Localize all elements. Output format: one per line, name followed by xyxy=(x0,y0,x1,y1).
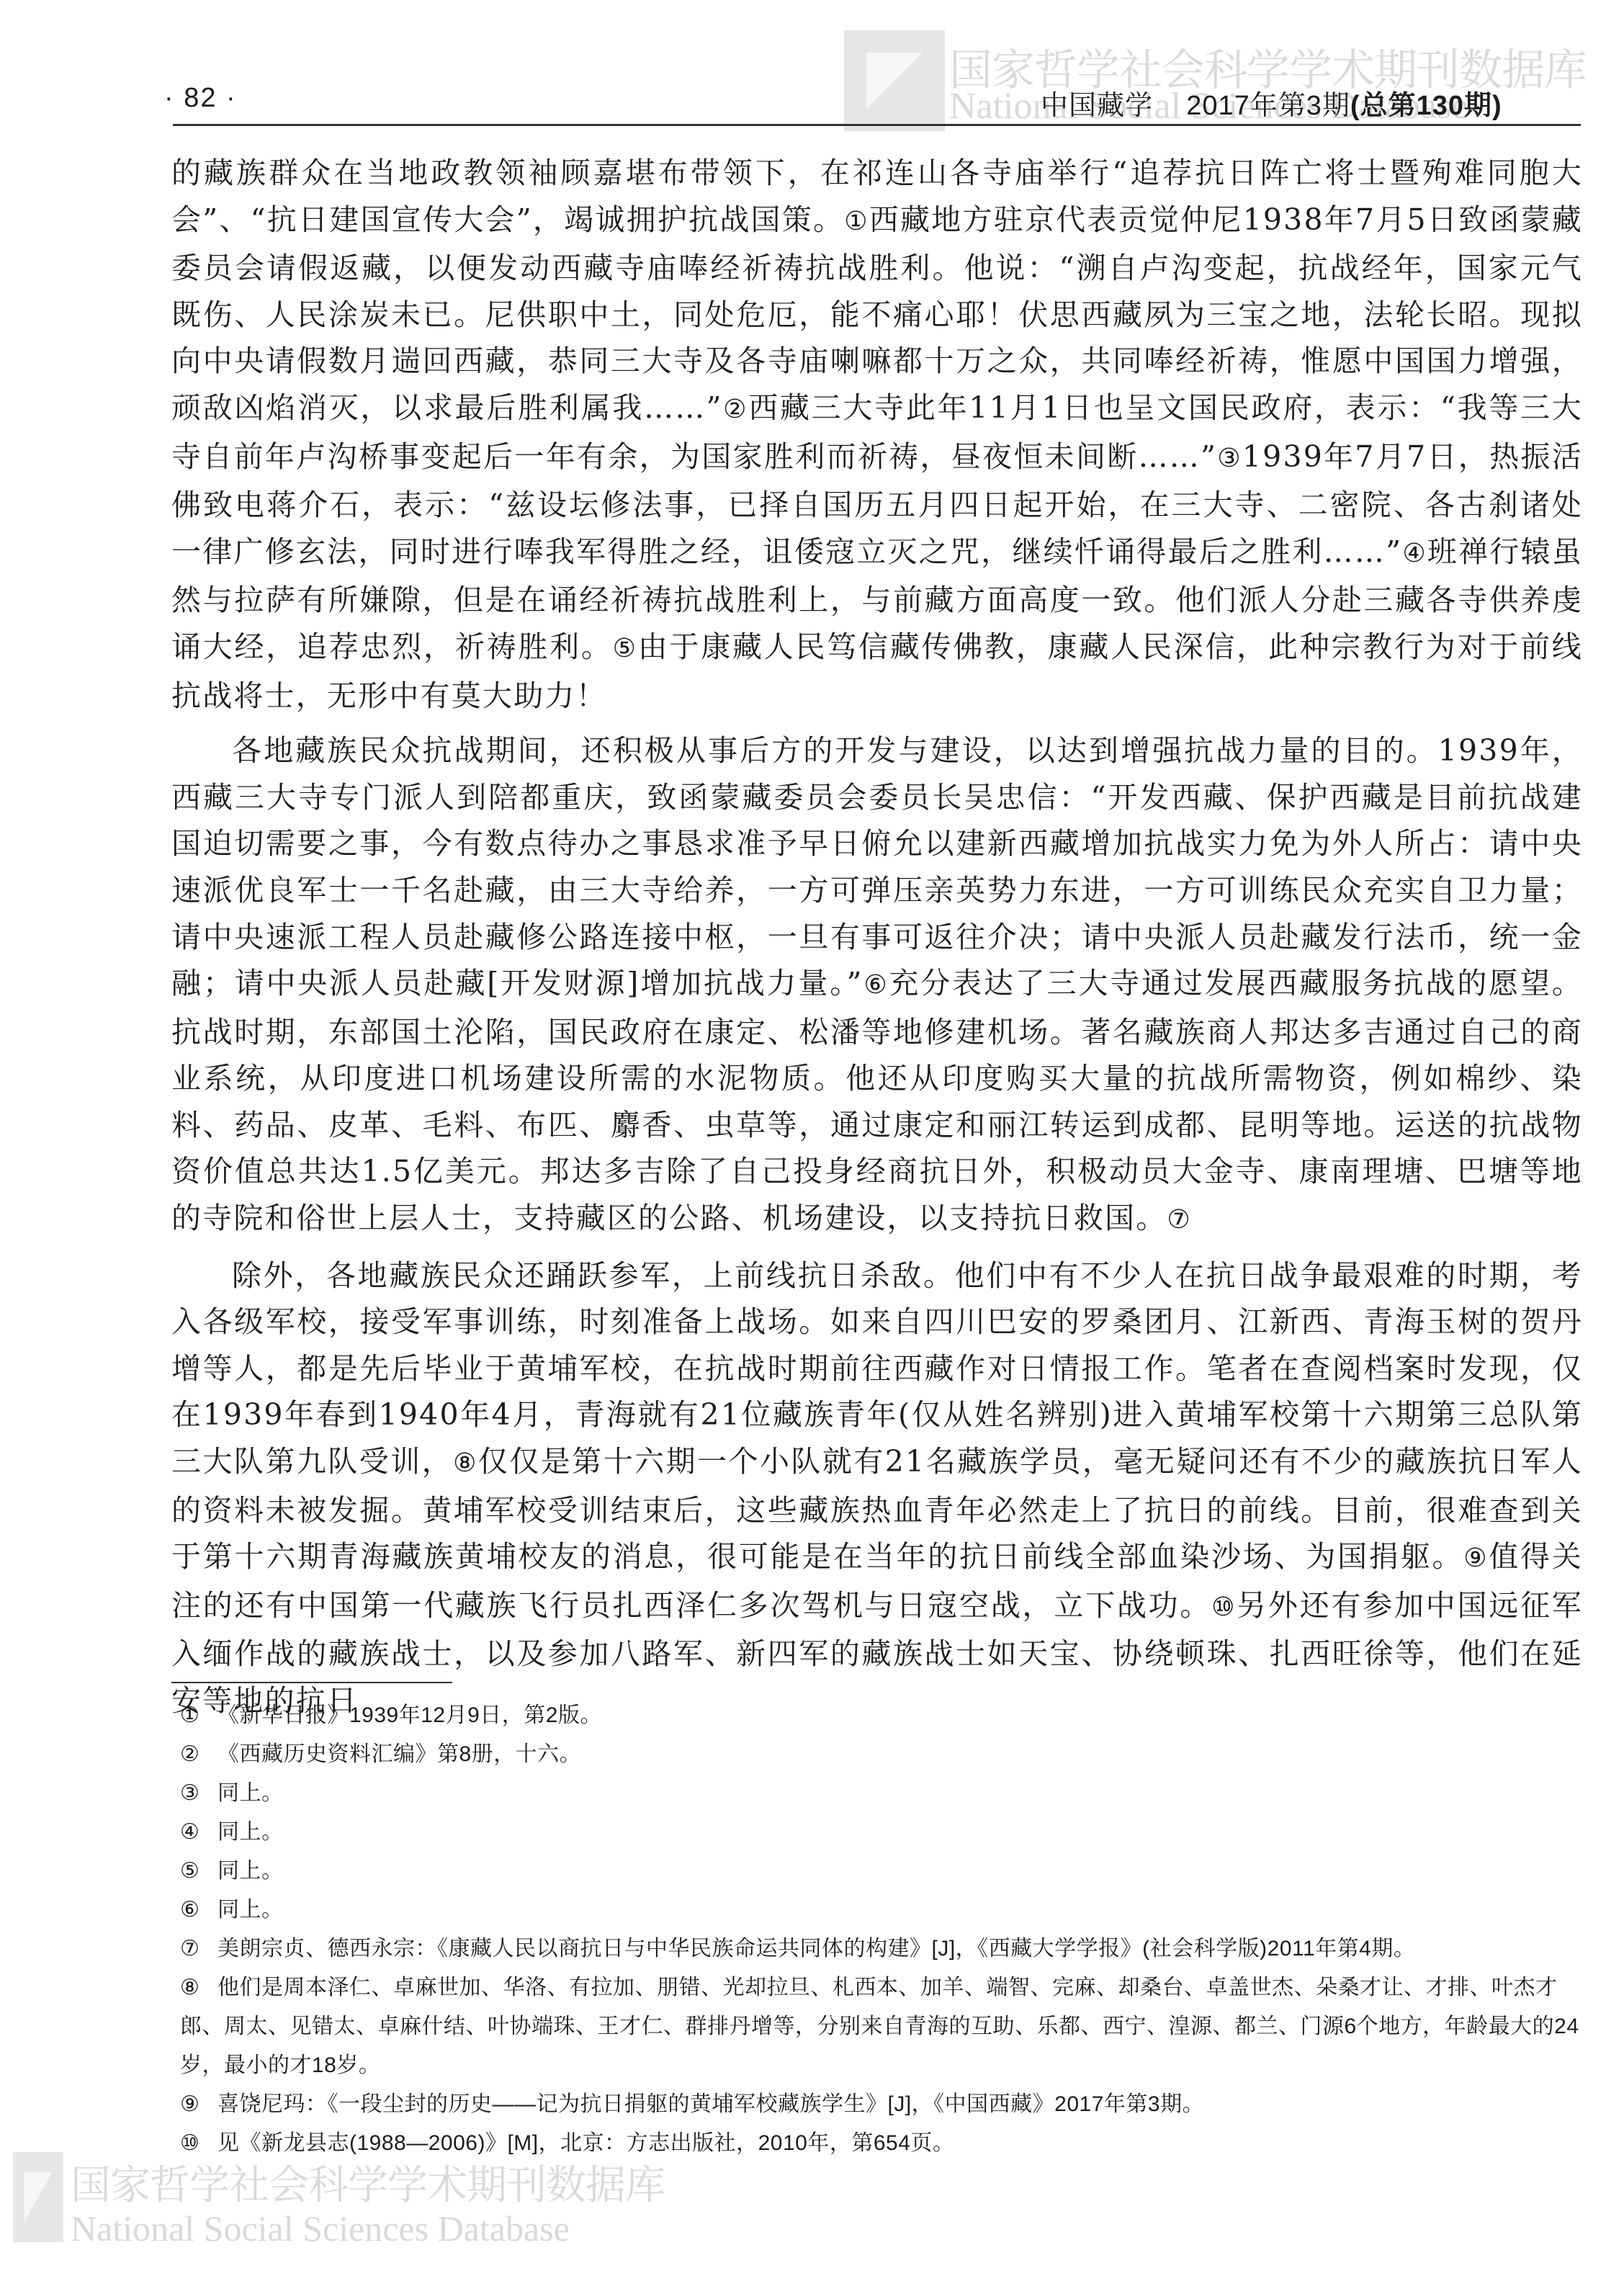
footnote-marker: ③ xyxy=(1217,444,1242,473)
footnote-text: 喜饶尼玛：《一段尘封的历史——记为抗日捐躯的黄埔军校藏族学生》[J]，《中国西藏… xyxy=(217,2092,1204,2116)
page-number: · 82 · xyxy=(164,83,237,114)
watermark-en-bottom: National Social Sciences Database xyxy=(71,2208,570,2249)
footnote-number: ② xyxy=(180,1735,217,1774)
footnote-item: ⑦美朗宗贞、德西永宗：《康藏人民以商抗日与中华民族命运共同体的构建》[J]，《西… xyxy=(171,1930,1583,1968)
body-text-run: 充分表达了三大寺通过发展西藏服务抗战的愿望。抗战时期，东部国土沦陷，国民政府在康… xyxy=(171,966,1583,1235)
footnote-marker: ⑥ xyxy=(863,970,889,1000)
footnote-number: ⑩ xyxy=(180,2124,217,2163)
footnote-marker: ① xyxy=(844,207,869,236)
body-paragraph: 除外，各地藏族民众还踊跃参军，上前线抗日杀敌。他们中有不少人在抗日战争最艰难的时… xyxy=(171,1253,1583,1724)
journal-name: 中国藏学 xyxy=(1041,91,1153,121)
footnote-item: ⑥同上。 xyxy=(171,1891,1583,1930)
footnote-marker: ⑦ xyxy=(1167,1205,1191,1235)
total-issue-label: (总第130期) xyxy=(1350,91,1502,121)
body-text-run: 各地藏族民众抗战期间，还积极从事后方的开发与建设，以达到增强抗战力量的目的。19… xyxy=(171,733,1583,1000)
footnote-rule xyxy=(171,1682,452,1683)
footnote-marker: ⑧ xyxy=(453,1448,478,1478)
issue-label: 2017年第3期 xyxy=(1186,91,1350,121)
watermark-logo-bottom xyxy=(13,2152,63,2242)
footnote-number: ③ xyxy=(180,1774,217,1813)
footnote-marker: ⑨ xyxy=(1463,1544,1489,1573)
footnote-text: 同上。 xyxy=(217,1859,284,1883)
footnote-item: ⑩见《新龙县志(1988—2006)》[M]，北京：方志出版社，2010年，第6… xyxy=(171,2124,1583,2163)
article-body: 的藏族群众在当地政教领袖顾嘉堪布带领下，在祁连山各寺庙举行“追荐抗日阵亡将士暨殉… xyxy=(171,150,1583,1724)
footnote-text: 同上。 xyxy=(217,1820,284,1844)
footnote-text: 《西藏历史资料汇编》第8册，十六。 xyxy=(217,1742,581,1766)
footnote-text: 《新华日报》1939年12月9日，第2版。 xyxy=(217,1703,602,1727)
footnote-text: 美朗宗贞、德西永宗：《康藏人民以商抗日与中华民族命运共同体的构建》[J]，《西藏… xyxy=(217,1937,1415,1961)
footnote-number: ④ xyxy=(180,1813,217,1852)
footnote-number: ⑥ xyxy=(180,1891,217,1930)
footnote-text: 见《新龙县志(1988—2006)》[M]，北京：方志出版社，2010年，第65… xyxy=(217,2131,954,2155)
footnote-item: ②《西藏历史资料汇编》第8册，十六。 xyxy=(171,1735,1583,1774)
header-rule xyxy=(173,124,1581,126)
footnote-text: 同上。 xyxy=(217,1898,284,1922)
footnote-item: ⑨喜饶尼玛：《一段尘封的历史——记为抗日捐躯的黄埔军校藏族学生》[J]，《中国西… xyxy=(171,2085,1583,2124)
footnote-marker: ④ xyxy=(1402,539,1427,568)
footnote-number: ⑨ xyxy=(180,2085,217,2124)
footnote-marker: ⑩ xyxy=(1211,1592,1237,1622)
footnote-number: ⑤ xyxy=(180,1852,217,1891)
footnote-item: ⑧他们是周本泽仁、卓麻世加、华洛、有拉加、朋错、光却拉旦、札西本、加羊、端智、完… xyxy=(171,1968,1583,2085)
body-paragraph: 的藏族群众在当地政教领袖顾嘉堪布带领下，在祁连山各寺庙举行“追荐抗日阵亡将士暨殉… xyxy=(171,150,1583,719)
footnote-item: ⑤同上。 xyxy=(171,1852,1583,1891)
footnote-item: ①《新华日报》1939年12月9日，第2版。 xyxy=(171,1696,1583,1735)
running-head: 中国藏学 2017年第3期(总第130期) xyxy=(1041,83,1502,122)
footnote-number: ⑦ xyxy=(180,1930,217,1968)
footnote-text: 他们是周本泽仁、卓麻世加、华洛、有拉加、朋错、光却拉旦、札西本、加羊、端智、完麻… xyxy=(180,1976,1579,2077)
footnote-number: ① xyxy=(180,1696,217,1735)
footnote-marker: ⑤ xyxy=(613,634,638,663)
body-paragraph: 各地藏族民众抗战期间，还积极从事后方的开发与建设，以达到增强抗战力量的目的。19… xyxy=(171,727,1583,1244)
footnote-number: ⑧ xyxy=(180,1968,217,2007)
footnote-item: ④同上。 xyxy=(171,1813,1583,1852)
footnote-marker: ② xyxy=(723,395,749,424)
footnote-text: 同上。 xyxy=(217,1781,284,1805)
footnote-item: ③同上。 xyxy=(171,1774,1583,1813)
page-header: · 82 · 中国藏学 2017年第3期(总第130期) xyxy=(0,0,1624,130)
footnotes: ①《新华日报》1939年12月9日，第2版。②《西藏历史资料汇编》第8册，十六。… xyxy=(171,1696,1583,2163)
